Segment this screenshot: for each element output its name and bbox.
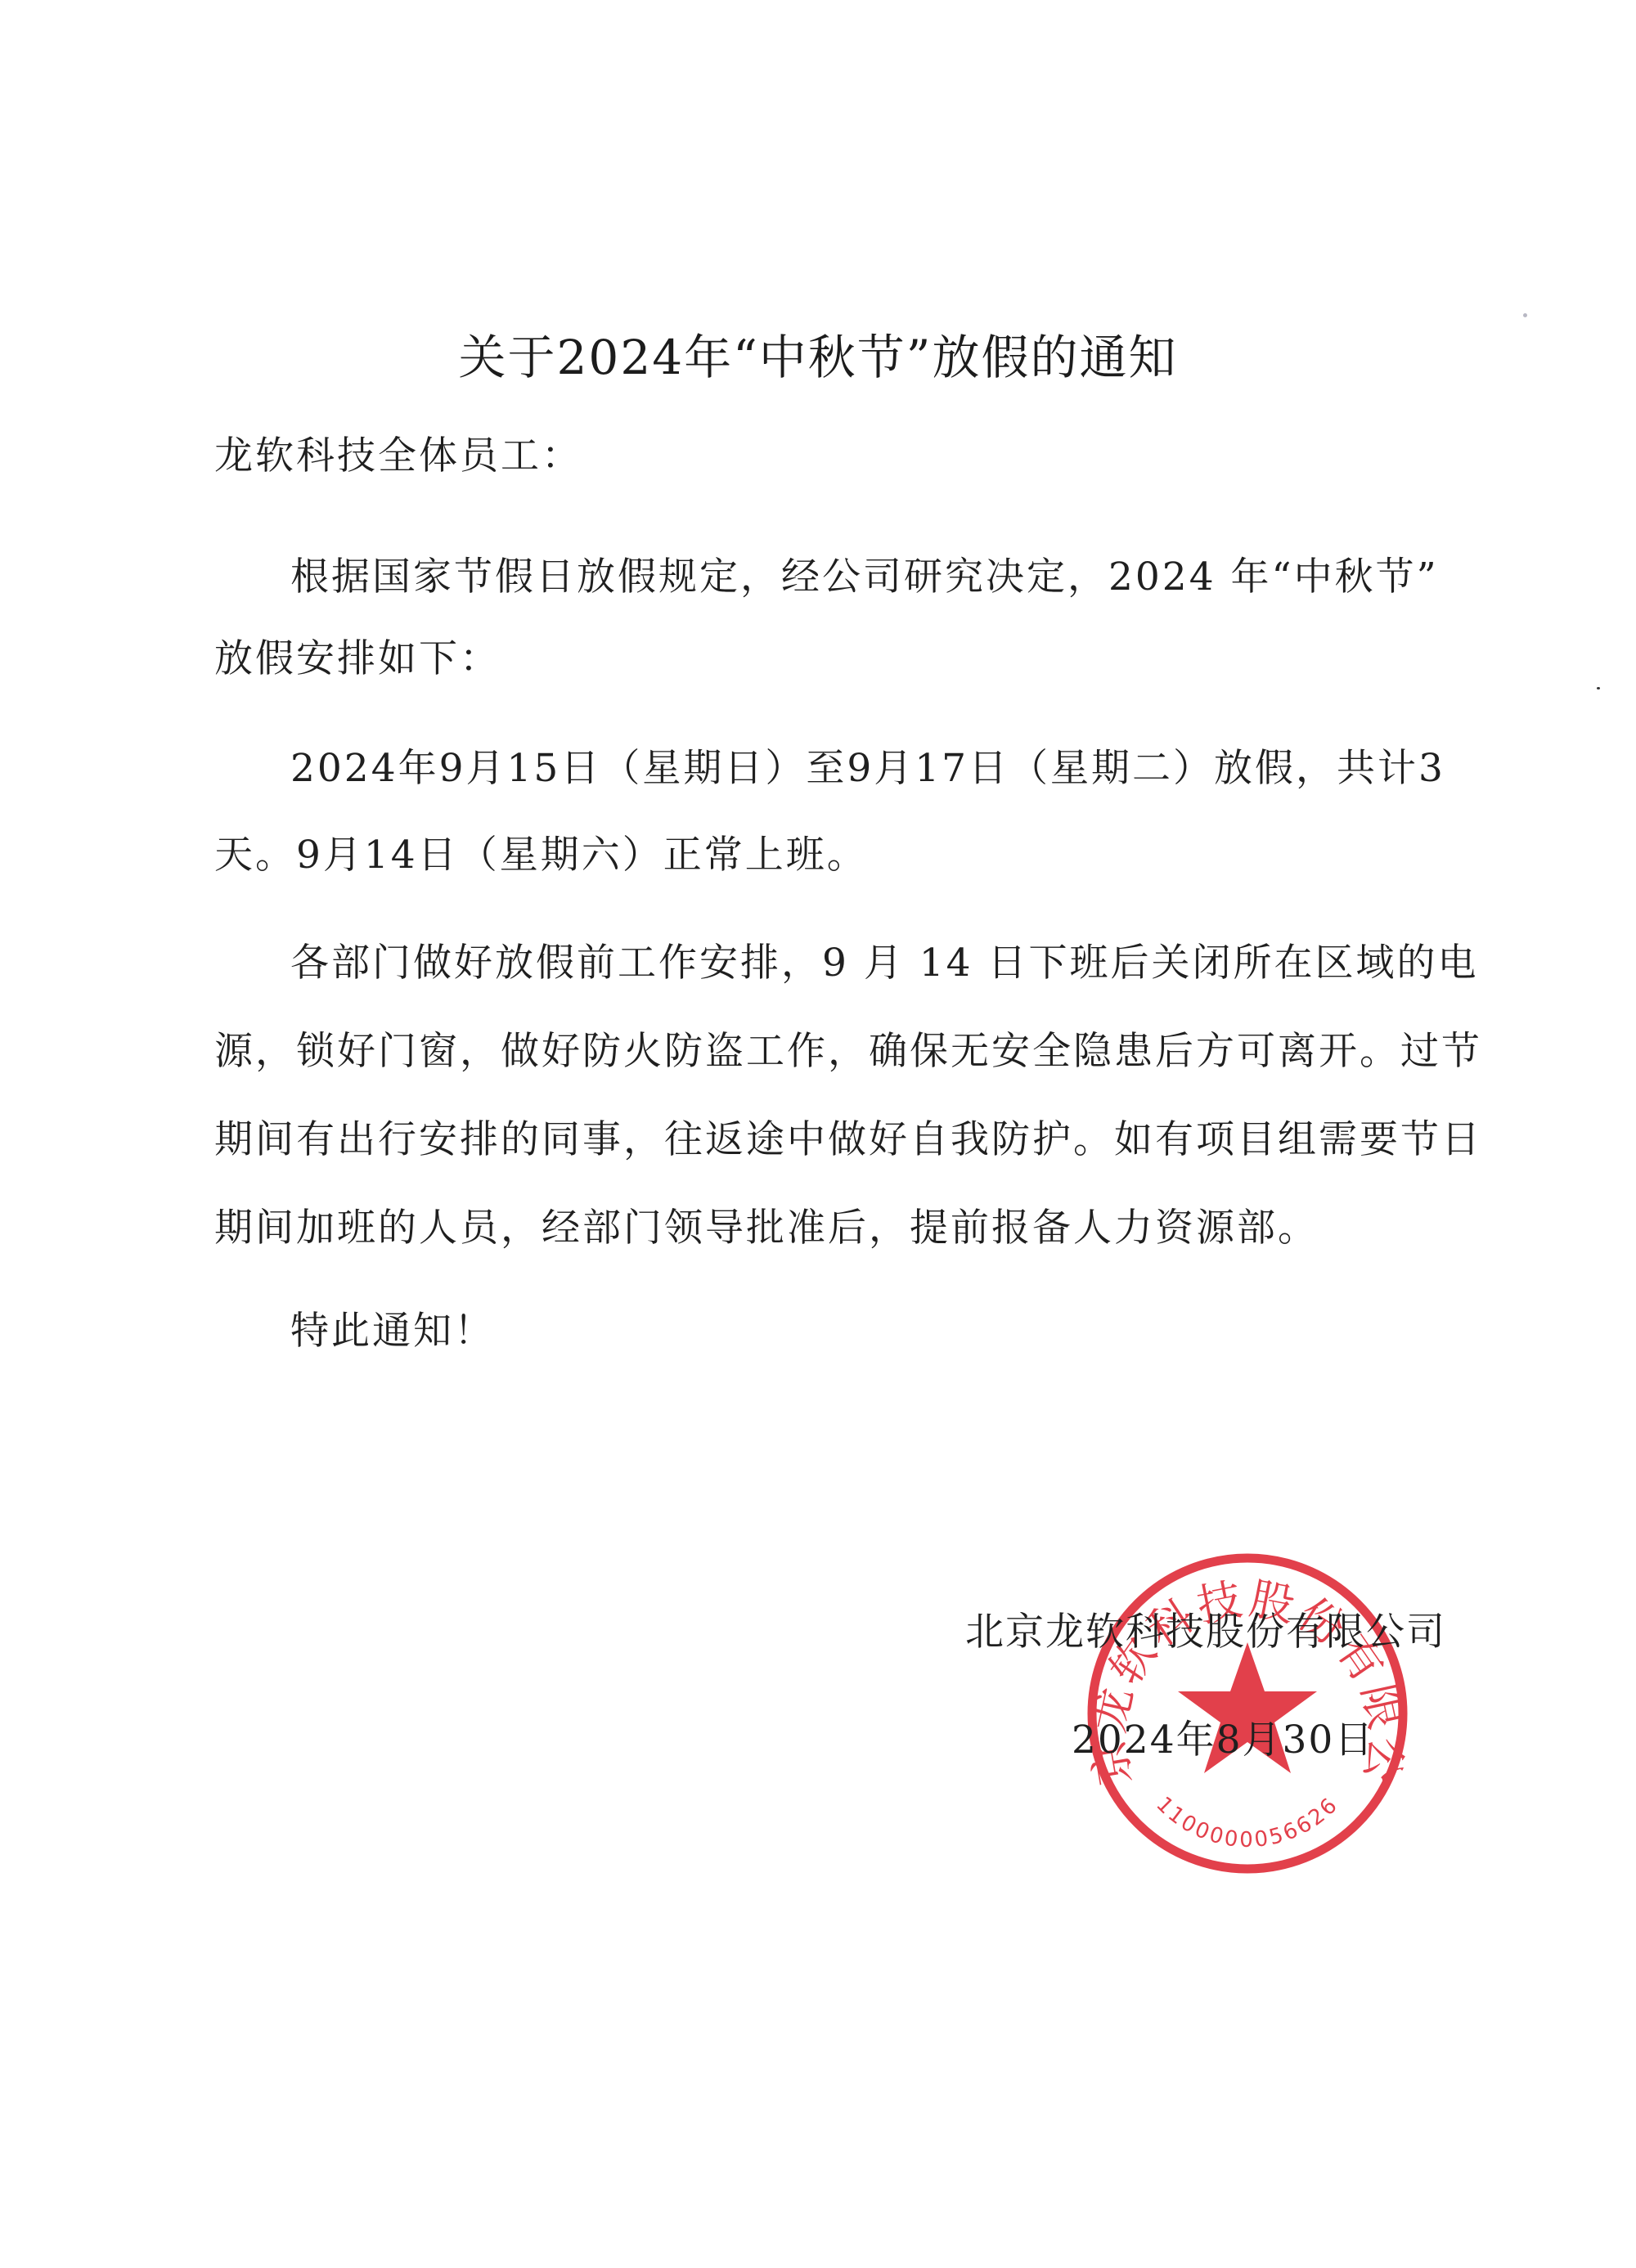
paragraph-1-line-2: 放假安排如下： [214,628,501,683]
paragraph-2-line-1: 2024年9月15日（星期日）至9月17日（星期二）放假，共计3 [290,738,1445,793]
signature-company: 北京龙软科技股份有限公司 [965,1601,1446,1656]
paragraph-3-line-3: 期间有出行安排的同事，往返途中做好自我防护。如有项目组需要节日 [214,1109,1482,1164]
closing-text: 特此通知！ [290,1300,495,1355]
paragraph-1-line-1: 根据国家节假日放假规定，经公司研究决定，2024 年“中秋节” [290,546,1439,601]
paragraph-3-line-4: 期间加班的人员，经部门领导批准后，提前报备人力资源部。 [214,1197,1319,1252]
paragraph-3-line-1: 各部门做好放假前工作安排，9 月 14 日下班后关闭所在区域的电 [290,932,1479,987]
signature-date: 2024年8月30日 [1072,1709,1374,1764]
scan-speck [1597,687,1600,689]
paragraph-3-line-2: 源，锁好门窗，做好防火防盗工作，确保无安全隐患后方可离开。过节 [214,1021,1482,1076]
scan-speck [1523,313,1527,317]
notice-title: 关于2024年“中秋节”放假的通知 [0,319,1636,388]
salutation: 龙软科技全体员工： [214,425,582,480]
notice-page: 关于2024年“中秋节”放假的通知 龙软科技全体员工： 根据国家节假日放假规定，… [0,0,1636,2268]
seal-code: 1100000056626 [1151,1792,1343,1853]
paragraph-2-line-2: 天。9月14日（星期六）正常上班。 [214,824,868,879]
